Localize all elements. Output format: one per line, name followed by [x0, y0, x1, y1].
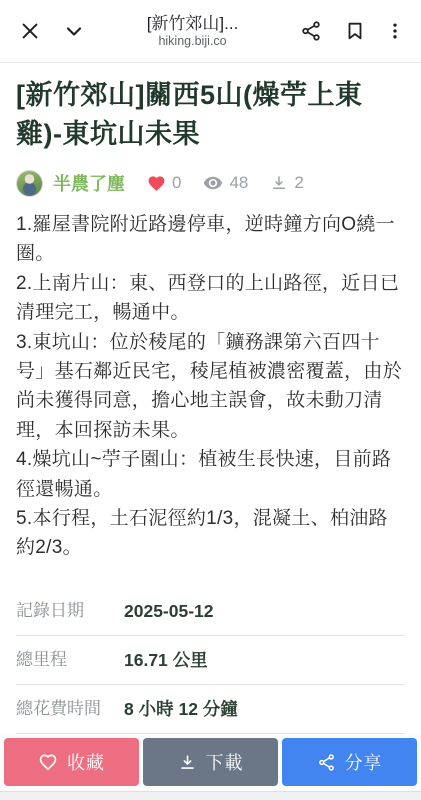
- share-label: 分享: [345, 749, 383, 775]
- heart-icon: [147, 174, 166, 193]
- close-icon: [19, 20, 41, 42]
- table-row: 記錄日期 2025-05-12: [16, 587, 405, 636]
- bookmark-button[interactable]: [333, 9, 377, 53]
- author-row: 半農了塵 0 48: [16, 169, 405, 197]
- paragraph: 5.本行程，土石泥徑約1/3，混凝土、柏油路約2/3。: [16, 504, 405, 563]
- author-name[interactable]: 半農了塵: [53, 170, 125, 196]
- total-time-value: 8 小時 12 分鐘: [124, 698, 238, 720]
- record-date-label: 記錄日期: [16, 600, 124, 622]
- views-count: 48: [229, 173, 248, 193]
- download-label: 下載: [206, 749, 244, 775]
- share-nodes-icon: [317, 753, 336, 772]
- table-row: 總里程 16.71 公里: [16, 636, 405, 685]
- browser-title-block: [新竹郊山]... hiking.biji.co: [96, 13, 289, 49]
- paragraph: 4.燥坑山~苧子園山：植被生長快速，目前路徑還暢通。: [16, 445, 405, 504]
- screen: [新竹郊山]... hiking.biji.co: [0, 0, 421, 800]
- share-icon: [300, 20, 322, 42]
- paragraph: 3.東坑山：位於稜尾的「鑛務課第六百四十号」基石鄰近民宅，稜尾植被濃密覆蓋，由於…: [16, 328, 405, 446]
- action-bar: 收藏 下載 分享: [0, 734, 421, 800]
- chevron-down-icon: [62, 19, 86, 43]
- browser-bar: [新竹郊山]... hiking.biji.co: [0, 0, 421, 63]
- author-avatar[interactable]: [16, 170, 43, 197]
- download-button[interactable]: 下載: [143, 738, 278, 786]
- collect-label: 收藏: [67, 749, 105, 775]
- views-stat: 48: [203, 173, 248, 193]
- browser-page-title: [新竹郊山]...: [100, 13, 285, 34]
- total-distance-label: 總里程: [16, 649, 124, 671]
- article-content: [新竹郊山]關西5山(燥苧上東雞)-東坑山未果 半農了塵 0: [0, 76, 421, 734]
- close-button[interactable]: [8, 9, 52, 53]
- likes-stat: 0: [147, 173, 181, 193]
- overflow-menu-button[interactable]: [377, 9, 413, 53]
- eye-icon: [203, 173, 223, 193]
- share-button-header[interactable]: [289, 9, 333, 53]
- total-time-label: 總花費時間: [16, 698, 124, 720]
- article-stats: 0 48 2: [147, 173, 326, 193]
- collect-button[interactable]: 收藏: [4, 738, 139, 786]
- action-buttons: 收藏 下載 分享: [0, 734, 421, 786]
- collapse-button[interactable]: [52, 9, 96, 53]
- article-title: [新竹郊山]關西5山(燥苧上東雞)-東坑山未果: [16, 76, 405, 154]
- heart-outline-icon: [38, 752, 58, 772]
- paragraph: 2.上南片山：東、西登口的上山路徑，近日已清理完工，暢通中。: [16, 269, 405, 328]
- downloads-count: 2: [294, 173, 303, 193]
- article-body: 1.羅屋書院附近路邊停車，逆時鐘方向O繞一圈。 2.上南片山：東、西登口的上山路…: [16, 210, 405, 563]
- download-tray-icon: [178, 753, 197, 772]
- table-row: 總花費時間 8 小時 12 分鐘: [16, 685, 405, 734]
- bottom-strip: [0, 791, 421, 800]
- kebab-menu-icon: [385, 21, 405, 41]
- share-button[interactable]: 分享: [282, 738, 417, 786]
- browser-page-url: hiking.biji.co: [100, 34, 285, 49]
- paragraph: 1.羅屋書院附近路邊停車，逆時鐘方向O繞一圈。: [16, 210, 405, 269]
- record-info-table: 記錄日期 2025-05-12 總里程 16.71 公里 總花費時間 8 小時 …: [16, 587, 405, 734]
- downloads-stat: 2: [270, 173, 303, 193]
- bookmark-icon: [344, 20, 366, 42]
- download-count-icon: [270, 174, 288, 192]
- total-distance-value: 16.71 公里: [124, 649, 208, 671]
- likes-count: 0: [172, 173, 181, 193]
- record-date-value: 2025-05-12: [124, 600, 214, 622]
